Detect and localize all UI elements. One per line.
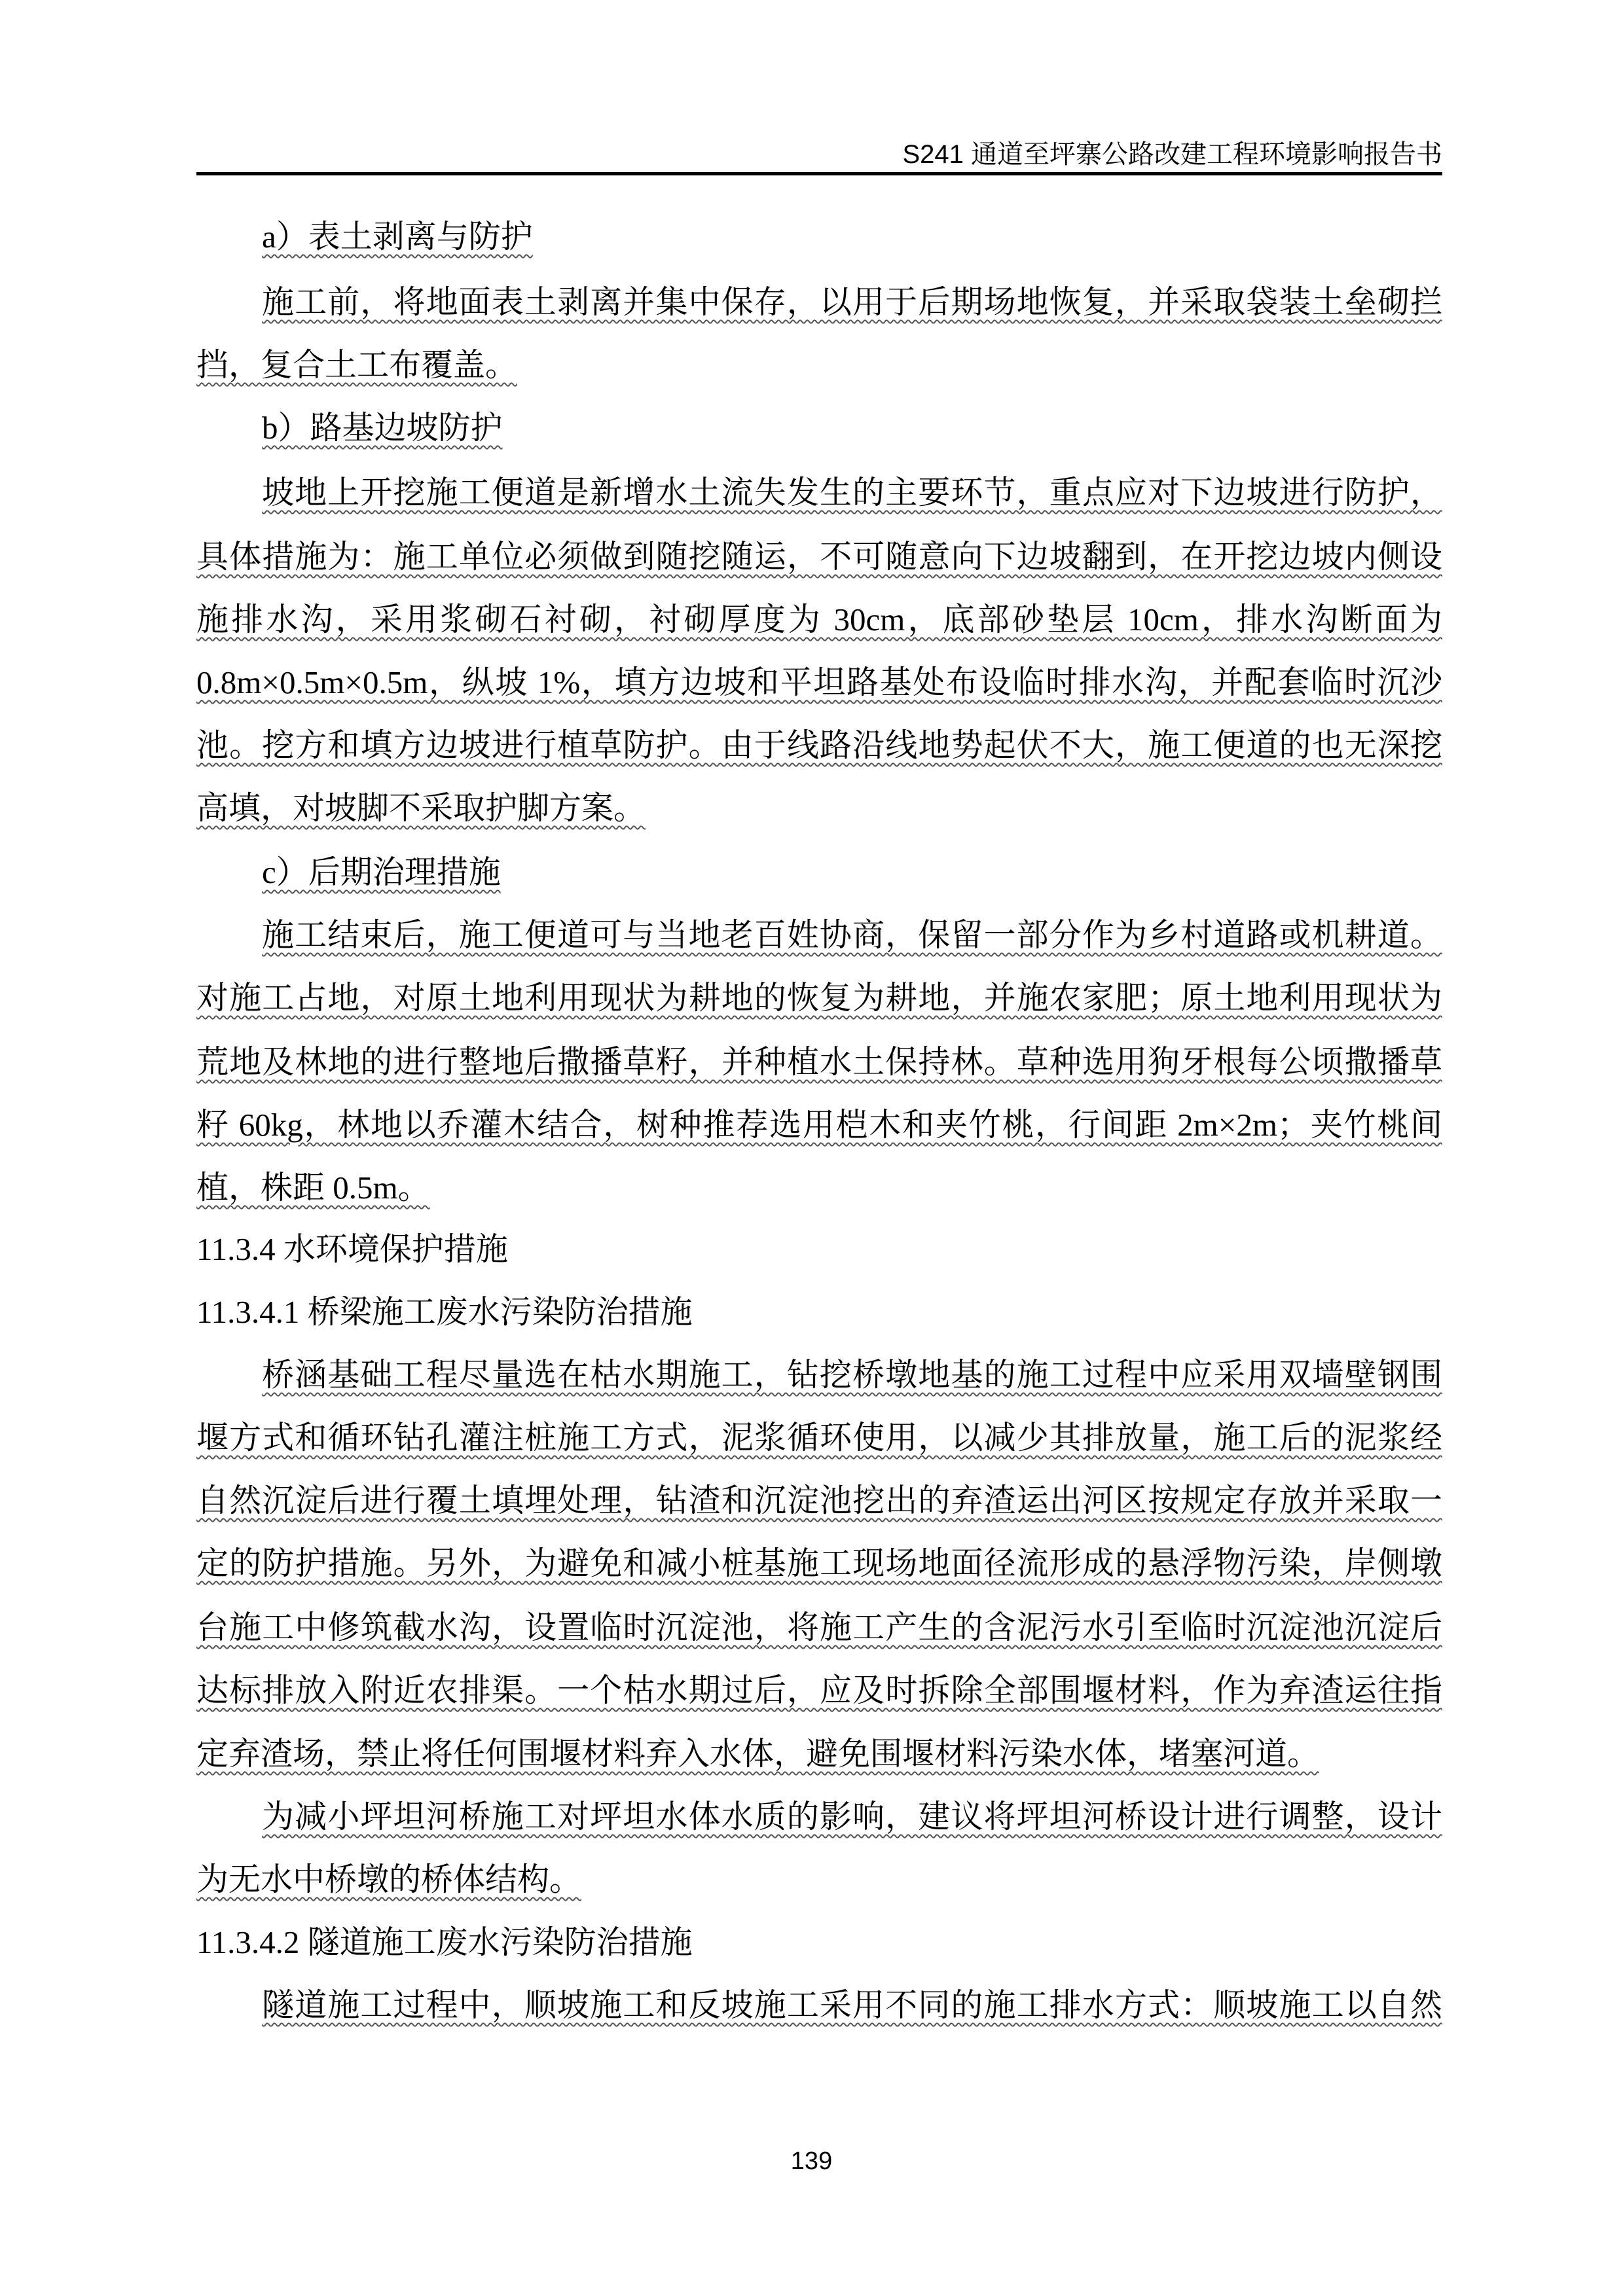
line-text: 施工前，将地面表土剥离并集中保存，以用于后期场地恢复，并采取袋装土垒砌拦 — [262, 284, 1442, 320]
line-text: 堰方式和循环钻孔灌注桩施工方式，泥浆循环使用，以减少其排放量，施工后的泥浆经 — [196, 1420, 1442, 1456]
body-line: 堰方式和循环钻孔灌注桩施工方式，泥浆循环使用，以减少其排放量，施工后的泥浆经 — [196, 1418, 1442, 1458]
line-text: 隧道施工过程中，顺坡施工和反坡施工采用不同的施工排水方式：顺坡施工以自然 — [262, 1987, 1442, 2023]
body-line: 为减小坪坦河桥施工对坪坦水体水质的影响，建议将坪坦河桥设计进行调整，设计 — [262, 1797, 1442, 1837]
line-text: 高填，对坡脚不采取护脚方案。 — [196, 790, 646, 826]
heading-text: 11.3.4.2 隧道施工废水污染防治措施 — [196, 1924, 693, 1960]
line-text: 池。挖方和填方边坡进行植草防护。由于线路沿线地势起伏不大，施工便道的也无深挖 — [196, 727, 1442, 763]
body-line: 具体措施为：施工单位必须做到随挖随运，不可随意向下边坡翻到，在开挖边坡内侧设 — [196, 537, 1442, 577]
body-line: 施工结束后，施工便道可与当地老百姓协商，保留一部分作为乡村道路或机耕道。 — [262, 916, 1442, 955]
body-line: 自然沉淀后进行覆土填埋处理，钻渣和沉淀池挖出的弃渣运出河区按规定存放并采取一 — [196, 1481, 1442, 1520]
body-line: 施排水沟，采用浆砌石衬砌，衬砌厚度为 30cm，底部砂垫层 10cm，排水沟断面… — [196, 600, 1442, 639]
line-text: 施排水沟，采用浆砌石衬砌，衬砌厚度为 30cm，底部砂垫层 10cm，排水沟断面… — [196, 601, 1442, 637]
body-line: 植，株距 0.5m。 — [196, 1168, 430, 1208]
subheading-later-treatment: c）后期治理措施 — [262, 853, 501, 892]
line-text: 具体措施为：施工单位必须做到随挖随运，不可随意向下边坡翻到，在开挖边坡内侧设 — [196, 539, 1442, 575]
body-line: 0.8m×0.5m×0.5m，纵坡 1%，填方边坡和平坦路基处布设临时排水沟，并… — [196, 663, 1442, 702]
line-text: 为无水中桥墩的桥体结构。 — [196, 1861, 581, 1897]
section-heading-11-3-4-2: 11.3.4.2 隧道施工废水污染防治措施 — [196, 1923, 693, 1962]
line-text: 达标排放入附近农排渠。一个枯水期过后，应及时拆除全部围堰材料，作为弃渣运往指 — [196, 1672, 1442, 1708]
body-line: 桥涵基础工程尽量选在枯水期施工，钻挖桥墩地基的施工过程中应采用双墙壁钢围 — [262, 1355, 1442, 1395]
body-line: 对施工占地，对原土地利用现状为耕地的恢复为耕地，并施农家肥；原土地利用现状为 — [196, 978, 1442, 1018]
line-text: a）表土剥离与防护 — [262, 219, 533, 255]
line-text: 定弃渣场，禁止将任何围堰材料弃入水体，避免围堰材料污染水体，堵塞河道。 — [196, 1736, 1319, 1772]
line-text: c）后期治理措施 — [262, 854, 501, 890]
heading-text: 11.3.4 水环境保护措施 — [196, 1231, 508, 1267]
line-text: 为减小坪坦河桥施工对坪坦水体水质的影响，建议将坪坦河桥设计进行调整，设计 — [262, 1799, 1442, 1835]
body-line: 挡，复合土工布覆盖。 — [196, 346, 517, 385]
section-heading-11-3-4-1: 11.3.4.1 桥梁施工废水污染防治措施 — [196, 1293, 693, 1332]
body-line: 台施工中修筑截水沟，设置临时沉淀池，将施工产生的含泥污水引至临时沉淀池沉淀后 — [196, 1608, 1442, 1647]
header-divider — [196, 172, 1442, 175]
line-text: 0.8m×0.5m×0.5m，纵坡 1%，填方边坡和平坦路基处布设临时排水沟，并… — [196, 664, 1442, 700]
section-heading-11-3-4: 11.3.4 水环境保护措施 — [196, 1230, 508, 1269]
body-line: 定的防护措施。另外，为避免和减小桩基施工现场地面径流形成的悬浮物污染，岸侧墩 — [196, 1544, 1442, 1583]
line-text: 桥涵基础工程尽量选在枯水期施工，钻挖桥墩地基的施工过程中应采用双墙壁钢围 — [262, 1357, 1442, 1393]
body-line: 池。挖方和填方边坡进行植草防护。由于线路沿线地势起伏不大，施工便道的也无深挖 — [196, 726, 1442, 765]
line-text: 籽 60kg，林地以乔灌木结合，树种推荐选用桤木和夹竹桃，行间距 2m×2m；夹… — [196, 1107, 1442, 1143]
page-number: 139 — [0, 2148, 1623, 2174]
body-line: 达标排放入附近农排渠。一个枯水期过后，应及时拆除全部围堰材料，作为弃渣运往指 — [196, 1671, 1442, 1710]
body-line: 荒地及林地的进行整地后撒播草籽，并种植水土保持林。草种选用狗牙根每公顷撒播草 — [196, 1043, 1442, 1082]
line-text: 台施工中修筑截水沟，设置临时沉淀池，将施工产生的含泥污水引至临时沉淀池沉淀后 — [196, 1609, 1442, 1645]
body-line: 坡地上开挖施工便道是新增水土流失发生的主要环节，重点应对下边坡进行防护， — [262, 473, 1442, 512]
body-line: 为无水中桥墩的桥体结构。 — [196, 1860, 581, 1899]
line-text: 荒地及林地的进行整地后撒播草籽，并种植水土保持林。草种选用狗牙根每公顷撒播草 — [196, 1044, 1442, 1080]
subheading-slope-protection: b）路基边坡防护 — [262, 408, 503, 448]
line-text: 自然沉淀后进行覆土填埋处理，钻渣和沉淀池挖出的弃渣运出河区按规定存放并采取一 — [196, 1482, 1442, 1518]
line-text: b）路基边坡防护 — [262, 410, 503, 446]
subheading-topsoil-stripping: a）表土剥离与防护 — [262, 217, 533, 257]
line-text: 挡，复合土工布覆盖。 — [196, 347, 517, 383]
heading-text: 11.3.4.1 桥梁施工废水污染防治措施 — [196, 1294, 693, 1330]
line-text: 坡地上开挖施工便道是新增水土流失发生的主要环节，重点应对下边坡进行防护， — [262, 475, 1442, 511]
line-text: 定的防护措施。另外，为避免和减小桩基施工现场地面径流形成的悬浮物污染，岸侧墩 — [196, 1545, 1442, 1581]
line-text: 植，株距 0.5m。 — [196, 1170, 430, 1206]
body-line: 高填，对坡脚不采取护脚方案。 — [196, 789, 646, 828]
body-line: 籽 60kg，林地以乔灌木结合，树种推荐选用桤木和夹竹桃，行间距 2m×2m；夹… — [196, 1105, 1442, 1145]
body-line: 施工前，将地面表土剥离并集中保存，以用于后期场地恢复，并采取袋装土垒砌拦 — [262, 283, 1442, 322]
line-text: 施工结束后，施工便道可与当地老百姓协商，保留一部分作为乡村道路或机耕道。 — [262, 917, 1442, 953]
body-line: 定弃渣场，禁止将任何围堰材料弃入水体，避免围堰材料污染水体，堵塞河道。 — [196, 1734, 1319, 1774]
body-line: 隧道施工过程中，顺坡施工和反坡施工采用不同的施工排水方式：顺坡施工以自然 — [262, 1986, 1442, 2025]
line-text: 对施工占地，对原土地利用现状为耕地的恢复为耕地，并施农家肥；原土地利用现状为 — [196, 980, 1442, 1016]
document-header-title: S241 通道至坪寨公路改建工程环境影响报告书 — [902, 139, 1442, 170]
